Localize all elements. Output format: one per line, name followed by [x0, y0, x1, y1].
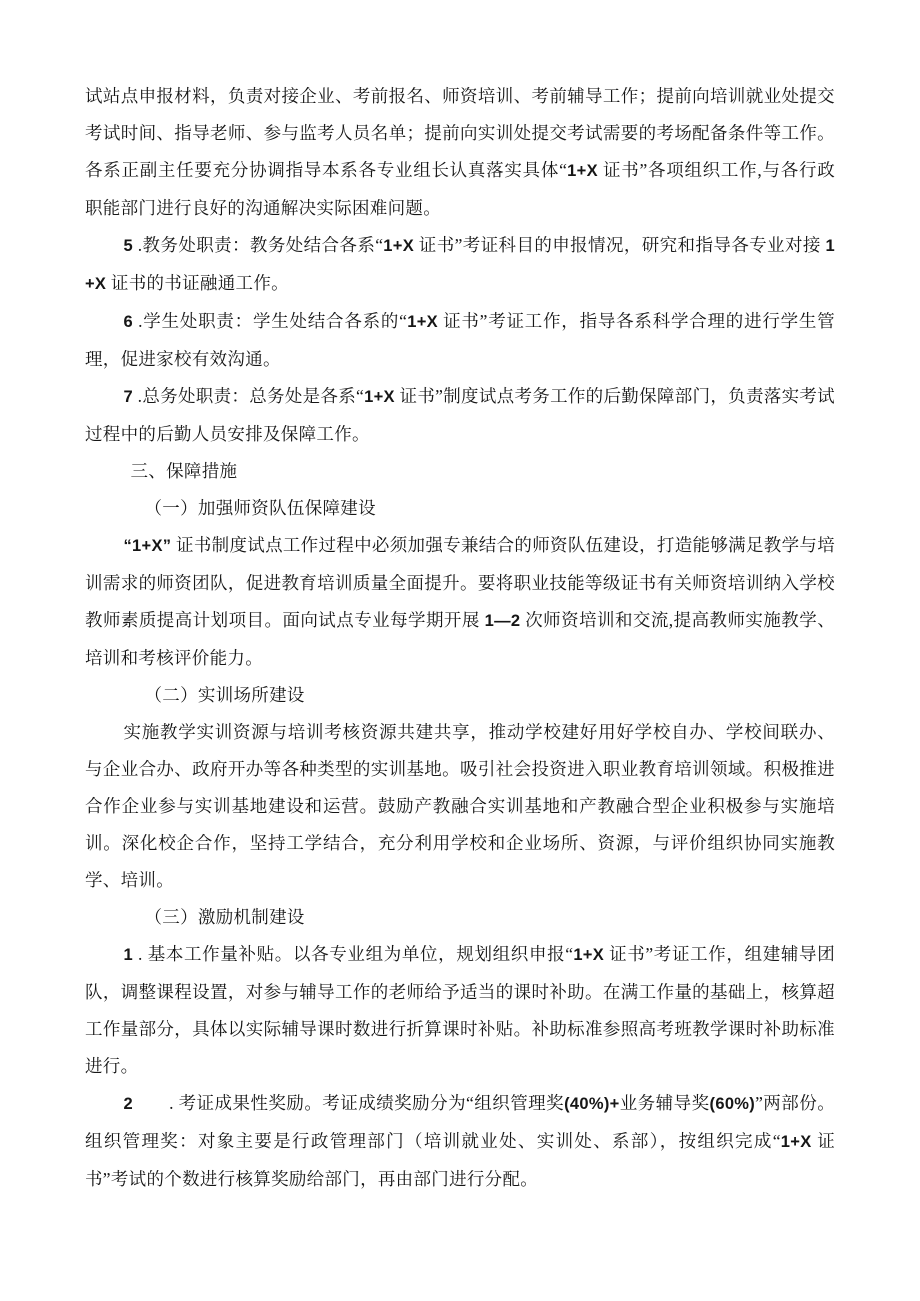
- bold-text-run: 6: [124, 313, 133, 331]
- text-run: .教务处职责：教务处结合各系“: [133, 235, 383, 255]
- text-run: .总务处职责：总务处是各系“: [133, 386, 364, 406]
- heading-section-3: 三、保障措施: [85, 453, 835, 490]
- bold-text-run: (60%): [710, 1095, 756, 1113]
- bold-text-run: 1—2: [485, 612, 521, 630]
- bold-text-run: (40%)+: [564, 1095, 619, 1113]
- paragraph-item-2-exam-reward: 2 . 考证成果性奖励。考证成绩奖励分为“组织管理奖(40%)+业务辅导奖(60…: [85, 1085, 835, 1198]
- text-run: 证书的书证融通工作。: [106, 273, 289, 293]
- document-page: 试站点申报材料，负责对接企业、考前报名、师资培训、考前辅导工作；提前向培训就业处…: [0, 0, 920, 1301]
- text-run: 三、保障措施: [131, 461, 238, 481]
- text-run: 证书”考证科目的申报情况，研究和指导各专业对接: [414, 235, 826, 255]
- bold-text-run: 5: [124, 237, 133, 255]
- paragraph-item-1-workload-subsidy: 1 . 基本工作量补贴。以各专业组为单位，规划组织申报“1+X 证书”考证工作，…: [85, 936, 835, 1085]
- paragraph-teacher-team-building: “1+X” 证书制度试点工作过程中必须加强专兼结合的师资队伍建设，打造能够满足教…: [85, 527, 835, 677]
- heading-sub-2-training-venues: （二）实训场所建设: [85, 677, 835, 714]
- text-run: . 基本工作量补贴。以各专业组为单位，规划组织申报“: [133, 944, 573, 964]
- bold-text-run: 1+X: [407, 313, 438, 331]
- bold-text-run: 1+X: [383, 237, 414, 255]
- text-run: （一）加强师资队伍保障建设: [145, 498, 376, 518]
- bold-text-run: 2: [124, 1095, 133, 1113]
- paragraph-dept-duties-continuation: 试站点申报材料，负责对接企业、考前报名、师资培训、考前辅导工作；提前向培训就业处…: [85, 78, 835, 227]
- bold-text-run: 1+X: [567, 162, 598, 180]
- bold-text-run: “1+X”: [124, 537, 172, 555]
- bold-text-run: 1+X: [573, 946, 604, 964]
- text-run: . 考证成果性奖励。考证成绩奖励分为“组织管理奖: [133, 1093, 564, 1113]
- text-run: （二）实训场所建设: [145, 685, 305, 705]
- paragraph-item-5-jiaowuchu: 5 .教务处职责：教务处结合各系“1+X 证书”考证科目的申报情况，研究和指导各…: [85, 227, 835, 303]
- document-text-block: 试站点申报材料，负责对接企业、考前报名、师资培训、考前辅导工作；提前向培训就业处…: [85, 78, 835, 1198]
- heading-sub-3-incentives: （三）激励机制建设: [85, 899, 835, 936]
- bold-text-run: 1: [124, 946, 133, 964]
- paragraph-item-6-xueshengchu: 6 .学生处职责：学生处结合各系的“1+X 证书”考证工作，指导各系科学合理的进…: [85, 303, 835, 378]
- heading-sub-1-teachers: （一）加强师资队伍保障建设: [85, 490, 835, 527]
- text-run: 业务辅导奖: [620, 1093, 710, 1113]
- text-run: （三）激励机制建设: [145, 907, 305, 927]
- paragraph-training-base-building: 实施教学实训资源与培训考核资源共建共享，推动学校建好用好学校自办、学校间联办、与…: [85, 714, 835, 899]
- bold-text-run: 7: [124, 388, 133, 406]
- text-run: 实施教学实训资源与培训考核资源共建共享，推动学校建好用好学校自办、学校间联办、与…: [85, 722, 835, 890]
- text-run: .学生处职责：学生处结合各系的“: [133, 311, 407, 331]
- paragraph-item-7-zongwuchu: 7 .总务处职责：总务处是各系“1+X 证书”制度试点考务工作的后勤保障部门，负…: [85, 378, 835, 453]
- bold-text-run: 1+X: [364, 388, 395, 406]
- bold-text-run: 1+X: [781, 1133, 812, 1151]
